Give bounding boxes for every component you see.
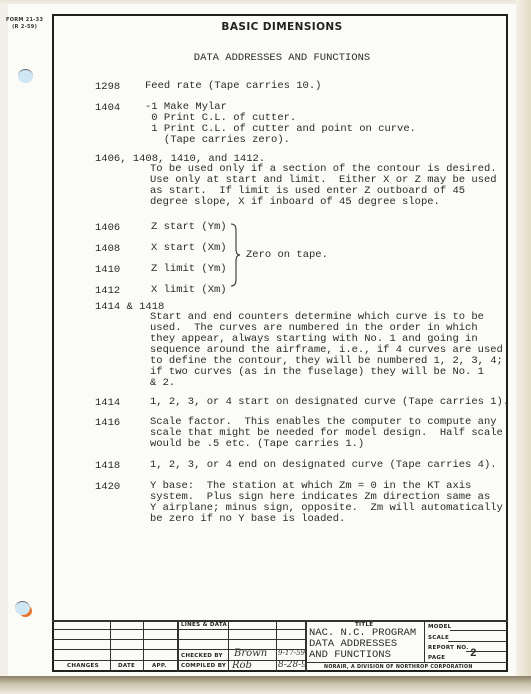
address-1406: 1406 <box>95 222 120 234</box>
company-rule <box>305 662 508 663</box>
form-number-text: FORM 21-33 <box>6 17 43 24</box>
compiled-by-signature: Rob <box>232 660 252 671</box>
entry-text-1414: 1, 2, 3, or 4 start on designated curve … <box>150 397 509 408</box>
checked-by-label: CHECKED BY <box>181 653 223 659</box>
address-1414: 1414 <box>95 397 120 409</box>
address-1404: 1404 <box>95 102 120 114</box>
address-1416: 1416 <box>95 417 120 429</box>
scale-label: SCALE <box>428 635 449 641</box>
address-1298: 1298 <box>95 81 120 93</box>
checked-by-date: 9-17-59 <box>278 649 305 657</box>
form-revision-text: (R 2-59) <box>6 24 43 31</box>
date-label: DATE <box>118 663 135 669</box>
address-1408: 1408 <box>95 243 120 255</box>
model-field-line <box>450 630 506 631</box>
curly-brace-icon <box>230 222 240 288</box>
entry-text-1404: -1 Make Mylar 0 Print C.L. of cutter. 1 … <box>145 102 416 146</box>
entry-text-1416: Scale factor. This enables the computer … <box>150 417 503 450</box>
paper-edge-bottom <box>0 676 531 694</box>
title-block: CHANGES DATE APP. LINES & DATA CHECKED B… <box>52 620 508 672</box>
entry-text-1298: Feed rate (Tape carries 10.) <box>145 81 321 92</box>
page-number: 2 <box>470 648 477 660</box>
page-label: PAGE <box>428 655 445 661</box>
paper-edge-right <box>516 0 531 694</box>
grid-rule <box>110 620 111 672</box>
grid-rule <box>424 620 425 662</box>
compiled-by-label: COMPILED BY <box>181 663 226 669</box>
changes-label: CHANGES <box>67 663 99 669</box>
punch-hole-top <box>18 69 33 83</box>
grid-rule <box>177 620 179 672</box>
compiled-by-date: 8-28-9 <box>278 660 307 670</box>
report-no-label: REPORT NO. <box>428 645 469 651</box>
entry-text-1414-1418: Start and end counters determine which c… <box>150 312 503 389</box>
punch-hole-bottom <box>15 601 30 615</box>
entry-text-1408: X start (Xm) <box>151 243 227 254</box>
form-number: FORM 21-33 (R 2-59) <box>6 17 43 31</box>
company-name: NORAIR, A DIVISION OF NORTHROP CORPORATI… <box>324 665 473 670</box>
zero-on-tape-note: Zero on tape. <box>246 250 328 261</box>
address-1418: 1418 <box>95 460 120 472</box>
address-1420: 1420 <box>95 481 120 493</box>
scale-field-line <box>448 641 506 642</box>
grid-rule <box>143 620 144 672</box>
entry-text-1418: 1, 2, 3, or 4 end on designated curve (T… <box>150 460 497 471</box>
document-header-title: BASIC DIMENSIONS <box>54 21 510 33</box>
title-block-top-rule <box>52 620 508 622</box>
grid-rule <box>228 620 229 672</box>
lines-data-label: LINES & DATA <box>181 622 227 628</box>
entry-text-1406-1412-group: To be used only if a section of the cont… <box>150 164 497 208</box>
title-block-title: NAC. N.C. PROGRAM DATA ADDRESSES AND FUN… <box>309 628 416 661</box>
grid-rule <box>276 620 277 672</box>
checked-by-signature: Brown <box>234 648 267 659</box>
model-label: MODEL <box>428 624 451 630</box>
entry-text-1410: Z limit (Ym) <box>151 264 227 275</box>
address-1410: 1410 <box>95 264 120 276</box>
entry-text-1406: Z start (Ym) <box>151 222 227 233</box>
app-label: APP. <box>152 663 167 669</box>
entry-text-1420: Y base: The station at which Zm = 0 in t… <box>150 481 503 525</box>
entry-text-1412: X limit (Xm) <box>151 285 227 296</box>
document-subtitle: DATA ADDRESSES AND FUNCTIONS <box>54 52 510 64</box>
address-1412: 1412 <box>95 285 120 297</box>
